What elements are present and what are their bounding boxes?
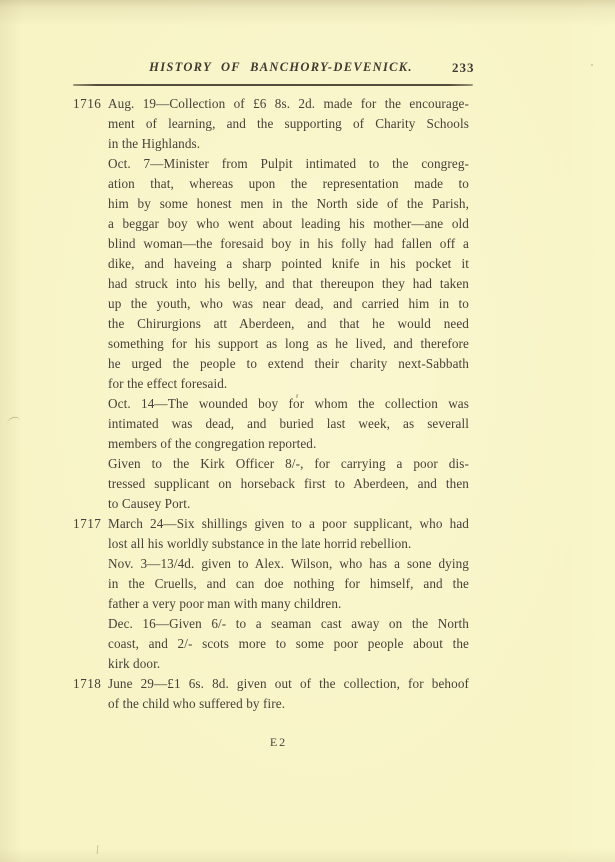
text-block: 1716Aug. 19—Collection of £6 8s. 2d. mad… bbox=[108, 94, 469, 752]
text-line: intimated was dead, and buried last week… bbox=[108, 414, 469, 434]
ledger-entry: 1716Aug. 19—Collection of £6 8s. 2d. mad… bbox=[108, 94, 469, 514]
scan-artifact bbox=[97, 845, 99, 854]
text-line: Dec. 16—Given 6/- to a seaman cast away … bbox=[108, 614, 469, 634]
text-line: lost all his worldly substance in the la… bbox=[108, 534, 469, 554]
text-line: in the Highlands. bbox=[108, 134, 469, 154]
header-rule bbox=[73, 84, 473, 86]
text-line: father a very poor man with many childre… bbox=[108, 594, 469, 614]
text-line: him by some honest men in the North side… bbox=[108, 194, 469, 214]
text-line: ment of learning, and the supporting of … bbox=[108, 114, 469, 134]
ledger-entry: 1718June 29—£1 6s. 8d. given out of the … bbox=[108, 674, 469, 714]
entry-year: 1717 bbox=[73, 514, 105, 534]
text-line: blind woman—the foresaid boy in his foll… bbox=[108, 234, 469, 254]
text-line: up the youth, who was near dead, and car… bbox=[108, 294, 469, 314]
text-line: June 29—£1 6s. 8d. given out of the coll… bbox=[108, 674, 469, 694]
entry-year: 1718 bbox=[73, 674, 105, 694]
text-line: for the effect foresaid. bbox=[108, 374, 469, 394]
text-line: March 24—Six shillings given to a poor s… bbox=[108, 514, 469, 534]
text-line: tressed supplicant on horseback first to… bbox=[108, 474, 469, 494]
book-page: HISTORY OF BANCHORY-DEVENICK. 233 1716Au… bbox=[0, 0, 615, 862]
text-line: Given to the Kirk Officer 8/-, for carry… bbox=[108, 454, 469, 474]
scan-artifact bbox=[7, 416, 21, 424]
page-number: 233 bbox=[452, 60, 475, 76]
text-line: ation that, whereas upon the representat… bbox=[108, 174, 469, 194]
text-line: members of the congregation reported. bbox=[108, 434, 469, 454]
text-line: in the Cruells, and can doe nothing for … bbox=[108, 574, 469, 594]
text-line: something for his support as long as he … bbox=[108, 334, 469, 354]
text-line: a beggar boy who went about leading his … bbox=[108, 214, 469, 234]
scan-artifact bbox=[591, 64, 593, 66]
signature-mark: E2 bbox=[108, 732, 469, 752]
ledger-entry: 1717March 24—Six shillings given to a po… bbox=[108, 514, 469, 674]
text-line: Oct. 7—Minister from Pulpit intimated to… bbox=[108, 154, 469, 174]
text-line: Nov. 3—13/4d. given to Alex. Wilson, who… bbox=[108, 554, 469, 574]
entry-year: 1716 bbox=[73, 94, 105, 114]
text-line: coast, and 2/- scots more to some poor p… bbox=[108, 634, 469, 654]
text-line: had struck into his belly, and that ther… bbox=[108, 274, 469, 294]
text-line: kirk door. bbox=[108, 654, 469, 674]
running-title: HISTORY OF BANCHORY-DEVENICK. bbox=[149, 60, 413, 75]
text-line: of the child who suffered by fire. bbox=[108, 694, 469, 714]
text-line: Oct. 14—The wounded boy for whom the col… bbox=[108, 394, 469, 414]
text-line: the Chirurgions att Aberdeen, and that h… bbox=[108, 314, 469, 334]
text-line: he urged the people to extend their char… bbox=[108, 354, 469, 374]
text-line: Aug. 19—Collection of £6 8s. 2d. made fo… bbox=[108, 94, 469, 114]
text-line: to Causey Port. bbox=[108, 494, 469, 514]
text-line: dike, and haveing a sharp pointed knife … bbox=[108, 254, 469, 274]
